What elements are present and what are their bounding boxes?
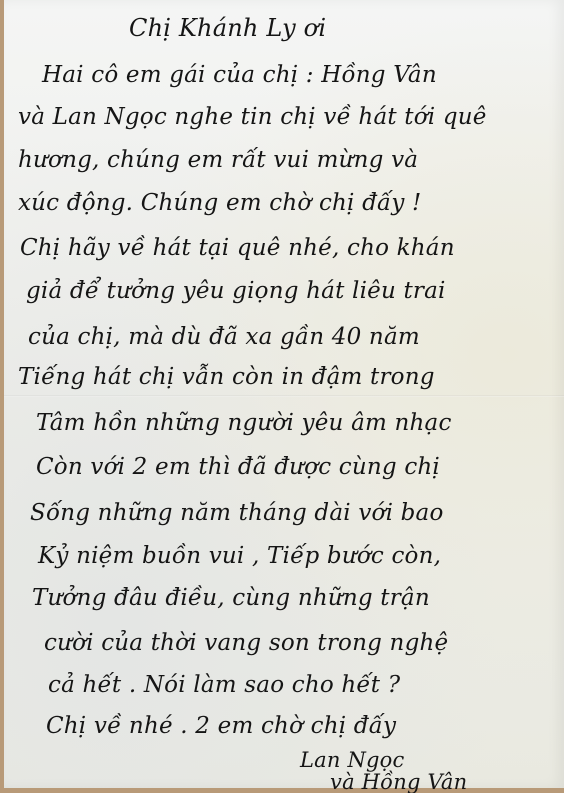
letter-line-5: Chị hãy về hát tại quê nhé, cho khán (20, 235, 455, 261)
letter-line-12: Kỷ niệm buồn vui , Tiếp bước còn, (38, 543, 441, 569)
letter-line-1: Hai cô em gái của chị : Hồng Vân (42, 62, 437, 88)
letter-line-10: Còn với 2 em thì đã được cùng chị (36, 454, 440, 480)
letter-line-6: giả để tưởng yêu giọng hát liêu trai (26, 278, 446, 304)
handwritten-letter-paper: Chị Khánh Ly ơi Hai cô em gái của chị : … (4, 0, 564, 788)
letter-line-16: Chị về nhé . 2 em chờ chị đấy (46, 713, 396, 739)
signature-line-2: và Hồng Vân (330, 770, 467, 793)
letter-line-8: Tiếng hát chị vẫn còn in đậm trong (18, 364, 435, 390)
letter-line-11: Sống những năm tháng dài với bao (30, 500, 444, 526)
letter-line-13: Tưởng đâu điều, cùng những trận (32, 585, 430, 611)
signature-line-1: Lan Ngọc (300, 748, 405, 772)
letter-line-15: cả hết . Nói làm sao cho hết ? (48, 672, 400, 698)
letter-line-3: hương, chúng em rất vui mừng và (18, 147, 418, 173)
letter-line-14: cười của thời vang son trong nghệ (44, 630, 448, 656)
letter-line-2: và Lan Ngọc nghe tin chị về hát tới quê (18, 104, 487, 130)
letter-line-9: Tâm hồn những người yêu âm nhạc (36, 410, 452, 436)
letter-line-4: xúc động. Chúng em chờ chị đấy ! (18, 190, 422, 216)
paper-fold-crease (4, 395, 564, 397)
letter-line-7: của chị, mà dù đã xa gần 40 năm (28, 324, 420, 350)
letter-salutation: Chị Khánh Ly ơi (129, 14, 326, 42)
